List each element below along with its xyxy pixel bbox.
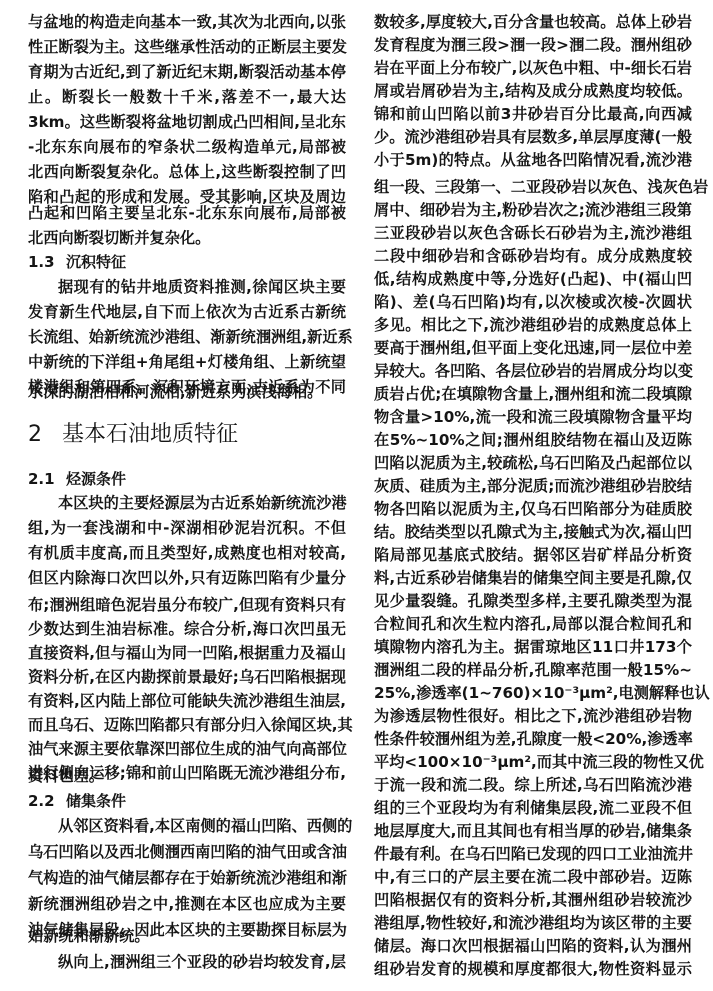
text-line: 布;涠洲组暗色泥岩虽分布较广,但现有资料只有 — [28, 593, 346, 617]
text-line: 数较多,厚度较大,百分含量也较高。总体上砂岩 — [374, 10, 692, 34]
text-line: 平均<100×10⁻³μm²,而其中流三段的物性又优 — [374, 750, 692, 774]
text-line: 结。胶结类型以孔隙式为主,接触式为次,福山凹 — [374, 520, 692, 544]
text-line: 性条件较涠州组为差,孔隙度一般<20%,渗透率 — [374, 727, 692, 751]
text-line: 据现有的钻井地质资料推测,徐闻区块主要 — [28, 275, 346, 299]
text-line: 有资料,区内陆上部位可能缺失流沙港组生油层, — [28, 689, 346, 713]
text-line: 岩在平面上分布较广,以灰色中粗、中-细长石岩 — [374, 56, 692, 80]
section-title: 基本石油地质特征 — [62, 422, 238, 447]
text-line: 气构造的油气储层都存在于始新统流沙港组和渐 — [28, 866, 346, 890]
text-line: 长流组、始新统流沙港组、渐新统涠洲组,新近系 — [28, 325, 346, 349]
text-line: 料,古近系砂岩储集岩的储集空间主要是孔隙,仅 — [374, 566, 692, 590]
text-line: 从邻区资料看,本区南侧的福山凹陷、西侧的 — [28, 814, 346, 838]
text-line: 育期为古近纪,到了新近纪末期,断裂活动基本停 — [28, 60, 346, 84]
text-line: 屑或岩屑砂岩为主,结构及成分成熟度均较低。 — [374, 79, 692, 103]
text-line: 性正断裂为主。这些继承性活动的正断层主要发 — [28, 35, 346, 59]
text-line: 发育程度为涠三段>涠一段>涠二段。涠州组砂 — [374, 33, 692, 57]
text-line: 但区内除海口次凹以外,只有迈陈凹陷有少量分 — [28, 566, 346, 590]
text-line: 物含量>10%,流一段和流三段填隙物含量平均 — [374, 405, 692, 429]
text-line: 为渗透层物性很好。相比之下,流沙港组砂岩物 — [374, 704, 692, 728]
text-line: 三亚段砂岩以灰色含砾长石砂岩为主,流沙港组 — [374, 221, 692, 245]
text-line: 多见。相比之下,流沙港组砂岩的成熟度总体上 — [374, 313, 692, 337]
text-line: 3km。这些断裂将盆地切割成凸凹相间,呈北东 — [28, 110, 346, 134]
section-heading-1-3: 1.3沉积特征 — [28, 250, 126, 274]
text-line: 物各凹陷以泥质为主,仅乌石凹陷部分为硅质胶 — [374, 497, 692, 521]
section-title: 沉积特征 — [66, 253, 126, 271]
text-line: 少。流沙港组砂岩具有层数多,单层厚度薄(一般 — [374, 125, 692, 149]
text-line: 于流一段和流二段。综上所述,乌石凹陷流沙港 — [374, 773, 692, 797]
text-line: 油气来源主要依靠深凹部位生成的油气向高部位 — [28, 737, 346, 761]
text-line: 而且乌石、迈陈凹陷都只有部分归入徐闻区块,其 — [28, 713, 346, 737]
text-line: 屑中、细砂岩为主,粉砂岩次之;流沙港组三段第 — [374, 198, 692, 222]
text-line: 始新统和渐新统。 — [28, 924, 346, 948]
section-number: 2 — [28, 420, 62, 450]
text-line: 填隙物内溶孔为主。据雷琼地区11口井173个 — [374, 635, 692, 659]
text-line: 在5%~10%之间;涠州组胶结物在福山及迈陈 — [374, 428, 692, 452]
text-line: 异较大。各凹陷、各层位砂岩的岩屑成分均以变 — [374, 359, 692, 383]
text-line: 凹陷根据仅有的资料分析,其涠州组砂岩较流沙 — [374, 888, 692, 912]
text-line: 组的三个亚段均为有利储集层段,流二亚段不但 — [374, 796, 692, 820]
text-line: -北东东向展布的窄条状二级构造单元,局部被 — [28, 135, 346, 159]
text-line: 乌石凹陷以及西北侧涠西南凹陷的油气田或含油 — [28, 840, 346, 864]
text-line: 低,结构成熟度中等,分选好(凸起)、中(福山凹 — [374, 267, 692, 291]
text-line: 资料也差。 — [28, 764, 346, 788]
text-line: 涠洲组二段的样品分析,孔隙率范围一般15%~ — [374, 658, 692, 682]
text-line: 资料分析,在区内勘探前景最好;乌石凹陷根据现 — [28, 665, 346, 689]
section-title: 烃源条件 — [66, 470, 126, 488]
text-line: 新统涠洲组砂岩之中,推测在本区也应成为主要 — [28, 892, 346, 916]
text-line: 组砂岩发育的规模和厚度都很大,物性资料显示 — [374, 957, 692, 981]
section-number: 2.1 — [28, 467, 66, 491]
text-line: 纵向上,涠洲组三个亚段的砂岩均较发育,层 — [28, 950, 346, 974]
text-line: 灰质、硅质为主,部分泥质;而流沙港组砂岩胶结 — [374, 474, 692, 498]
text-line: 中新统的下洋组+角尾组+灯楼角组、上新统望 — [28, 350, 346, 374]
text-line: 锦和前山凹陷以前3井砂岩百分比最高,向西减 — [374, 102, 692, 126]
text-line: 港组厚,物性较好,和流沙港组均为该区带的主要 — [374, 911, 692, 935]
text-line: 北西向断裂切断并复杂化。 — [28, 226, 346, 250]
section-heading-2-1: 2.1烃源条件 — [28, 467, 126, 491]
section-heading-2-2: 2.2储集条件 — [28, 789, 126, 813]
text-line: 有机质丰度高,而且类型好,成熟度也相对较高, — [28, 541, 346, 565]
section-number: 2.2 — [28, 789, 66, 813]
text-line: 见少量裂缝。孔隙类型多样,主要孔隙类型为混 — [374, 589, 692, 613]
text-line: 少数达到生油岩标准。综合分析,海口次凹虽无 — [28, 617, 346, 641]
text-line: 二段中细砂岩和含砾砂岩均有。成分成熟度较 — [374, 244, 692, 268]
section-number: 1.3 — [28, 250, 66, 274]
text-line: 25%,渗透率(1~760)×10⁻³μm²,电测解释也认 — [374, 681, 692, 705]
text-line: 凹陷以泥质为主,较疏松,乌石凹陷及凸起部位以 — [374, 451, 692, 475]
text-line: 组,为一套浅湖和中-深湖相砂泥岩沉积。不但 — [28, 516, 346, 540]
text-line: 中,有三口的产层主要在流二段中部砂岩。迈陈 — [374, 865, 692, 889]
text-line: 与盆地的构造走向基本一致,其次为北西向,以张 — [28, 10, 346, 34]
text-line: 水深的湖泊相和河流相,新近系为滨浅海相。 — [28, 380, 346, 404]
text-line: 发育新生代地层,自下而上依次为古近系古新统 — [28, 300, 346, 324]
text-line: 储层。海口次凹根据福山凹陷的资料,认为涠州 — [374, 934, 692, 958]
text-line: 要高于涠州组,但平面上变化迅速,同一层位中差 — [374, 336, 692, 360]
text-line: 凸起和凹陷主要呈北东-北东东向展布,局部被 — [28, 201, 346, 225]
text-line: 止。断裂长一般数十千米,落差不一,最大达 — [28, 85, 346, 109]
text-line: 质岩占优;在填隙物含量上,涠州组和流二段填隙 — [374, 382, 692, 406]
text-line: 地层厚度大,而且其间也有相当厚的砂岩,储集条 — [374, 819, 692, 843]
text-line: 陷)、差(乌石凹陷)均有,以次棱或次棱-次圆状 — [374, 290, 692, 314]
section-heading-2: 2基本石油地质特征 — [28, 420, 238, 450]
text-line: 组一段、三段第一、二亚段砂岩以灰色、浅灰色岩 — [374, 175, 692, 199]
text-line: 直接资料,但与福山为同一凹陷,根据重力及福山 — [28, 641, 346, 665]
text-line: 本区块的主要烃源层为古近系始新统流沙港 — [28, 491, 346, 515]
text-line: 小于5m)的特点。从盆地各凹陷情况看,流沙港 — [374, 148, 692, 172]
text-line: 件最有利。在乌石凹陷已发现的四口工业油流井 — [374, 842, 692, 866]
section-title: 储集条件 — [66, 792, 126, 810]
text-line: 合粒间孔和次生粒内溶孔,局部以混合粒间孔和 — [374, 612, 692, 636]
text-line: 北西向断裂复杂化。总体上,这些断裂控制了凹 — [28, 160, 346, 184]
text-line: 陷局部见基底式胶结。据邻区岩矿样品分析资 — [374, 543, 692, 567]
